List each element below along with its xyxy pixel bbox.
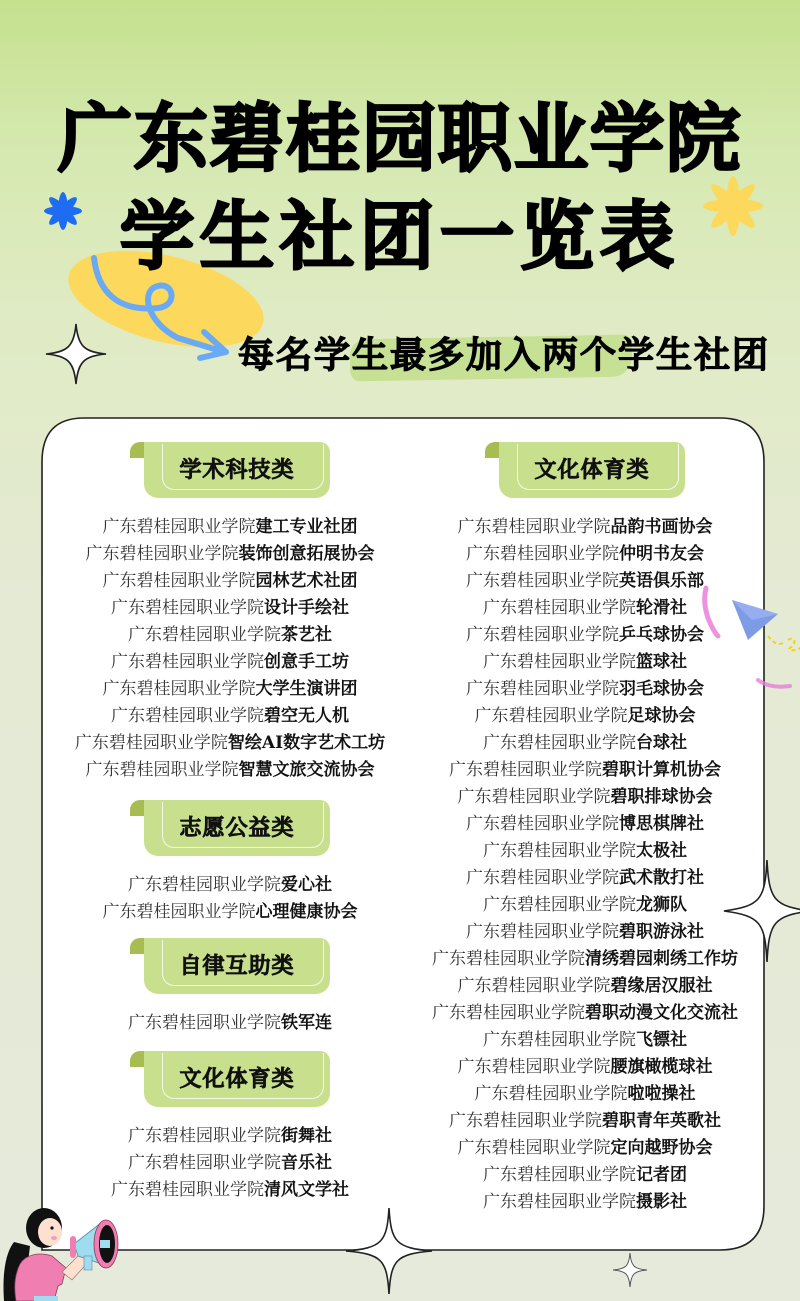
category-ribbon: 学术科技类 [130, 440, 330, 498]
club-name: 英语俱乐部 [619, 571, 704, 591]
club-name: 碧职排球协会 [611, 787, 713, 807]
club-item: 广东碧桂园职业学院智慧文旅交流协会 [42, 757, 418, 784]
club-name: 足球协会 [628, 706, 696, 726]
club-item: 广东碧桂园职业学院茶艺社 [42, 622, 418, 649]
club-item: 广东碧桂园职业学院清风文学社 [42, 1177, 418, 1204]
club-prefix: 广东碧桂园职业学院 [111, 652, 264, 672]
category-ribbon: 文化体育类 [130, 1049, 330, 1107]
club-name: 轮滑社 [636, 598, 687, 618]
sparkle-icon [44, 322, 108, 386]
club-prefix: 广东碧桂园职业学院 [86, 544, 239, 564]
club-name: 音乐社 [281, 1153, 332, 1173]
club-item: 广东碧桂园职业学院记者团 [402, 1162, 768, 1189]
club-name: 装饰创意拓展协会 [239, 544, 375, 564]
category-label: 学术科技类 [144, 453, 330, 484]
club-prefix: 广东碧桂园职业学院 [432, 949, 585, 969]
section-culture-sports-right: 文化体育类 广东碧桂园职业学院品韵书画协会 广东碧桂园职业学院仲明书友会 广东碧… [402, 440, 768, 1216]
club-item: 广东碧桂园职业学院定向越野协会 [402, 1135, 768, 1162]
club-prefix: 广东碧桂园职业学院 [103, 902, 256, 922]
club-name: 清风文学社 [264, 1180, 349, 1200]
category-label: 自律互助类 [144, 949, 330, 980]
club-prefix: 广东碧桂园职业学院 [466, 868, 619, 888]
club-prefix: 广东碧桂园职业学院 [466, 571, 619, 591]
club-item: 广东碧桂园职业学院街舞社 [42, 1123, 418, 1150]
category-ribbon: 志愿公益类 [130, 798, 330, 856]
club-prefix: 广东碧桂园职业学院 [466, 544, 619, 564]
club-item: 广东碧桂园职业学院碧职青年英歌社 [402, 1108, 768, 1135]
club-name: 摄影社 [636, 1192, 687, 1212]
section-culture-sports-left: 文化体育类 广东碧桂园职业学院街舞社 广东碧桂园职业学院音乐社 广东碧桂园职业学… [42, 1049, 418, 1204]
club-name: 台球社 [636, 733, 687, 753]
club-item: 广东碧桂园职业学院碧空无人机 [42, 703, 418, 730]
club-item: 广东碧桂园职业学院碧职计算机协会 [402, 757, 768, 784]
club-name: 碧职计算机协会 [602, 760, 721, 780]
category-label: 志愿公益类 [144, 811, 330, 842]
club-item: 广东碧桂园职业学院碧职排球协会 [402, 784, 768, 811]
club-list: 广东碧桂园职业学院爱心社 广东碧桂园职业学院心理健康协会 [42, 872, 418, 926]
club-item: 广东碧桂园职业学院建工专业社团 [42, 514, 418, 541]
club-name: 碧职青年英歌社 [602, 1111, 721, 1131]
club-name: 仲明书友会 [619, 544, 704, 564]
club-item: 广东碧桂园职业学院园林艺术社团 [42, 568, 418, 595]
megaphone-girl-illustration [0, 1202, 130, 1301]
club-name: 啦啦操社 [628, 1084, 696, 1104]
subtitle-banner: 每名学生最多加入两个学生社团 [238, 327, 798, 381]
section-volunteer: 志愿公益类 广东碧桂园职业学院爱心社 广东碧桂园职业学院心理健康协会 [42, 798, 418, 926]
club-prefix: 广东碧桂园职业学院 [483, 733, 636, 753]
club-prefix: 广东碧桂园职业学院 [475, 1084, 628, 1104]
club-item: 广东碧桂园职业学院铁军连 [42, 1010, 418, 1037]
club-item: 广东碧桂园职业学院碧职动漫文化交流社 [402, 1000, 768, 1027]
club-item: 广东碧桂园职业学院品韵书画协会 [402, 514, 768, 541]
club-name: 智绘AI数字艺术工坊 [228, 733, 385, 753]
club-prefix: 广东碧桂园职业学院 [75, 733, 228, 753]
club-list: 广东碧桂园职业学院建工专业社团 广东碧桂园职业学院装饰创意拓展协会 广东碧桂园职… [42, 514, 418, 784]
club-name: 羽毛球协会 [619, 679, 704, 699]
club-prefix: 广东碧桂园职业学院 [103, 571, 256, 591]
club-prefix: 广东碧桂园职业学院 [483, 598, 636, 618]
club-prefix: 广东碧桂园职业学院 [458, 787, 611, 807]
club-name: 定向越野协会 [611, 1138, 713, 1158]
club-prefix: 广东碧桂园职业学院 [86, 760, 239, 780]
curly-arrow-icon [88, 252, 238, 368]
club-prefix: 广东碧桂园职业学院 [128, 875, 281, 895]
club-name: 街舞社 [281, 1126, 332, 1146]
club-prefix: 广东碧桂园职业学院 [458, 1057, 611, 1077]
club-item: 广东碧桂园职业学院设计手绘社 [42, 595, 418, 622]
pink-streak-icon [700, 584, 722, 640]
club-prefix: 广东碧桂园职业学院 [466, 679, 619, 699]
section-academic-tech: 学术科技类 广东碧桂园职业学院建工专业社团 广东碧桂园职业学院装饰创意拓展协会 … [42, 440, 418, 784]
right-column: 文化体育类 广东碧桂园职业学院品韵书画协会 广东碧桂园职业学院仲明书友会 广东碧… [402, 440, 768, 1226]
club-prefix: 广东碧桂园职业学院 [103, 679, 256, 699]
club-prefix: 广东碧桂园职业学院 [449, 760, 602, 780]
category-label: 文化体育类 [144, 1062, 330, 1093]
club-item: 广东碧桂园职业学院腰旗橄榄球社 [402, 1054, 768, 1081]
club-prefix: 广东碧桂园职业学院 [111, 1180, 264, 1200]
club-item: 广东碧桂园职业学院碧缘居汉服社 [402, 973, 768, 1000]
club-name: 飞镖社 [636, 1030, 687, 1050]
club-item: 广东碧桂园职业学院足球协会 [402, 703, 768, 730]
club-prefix: 广东碧桂园职业学院 [483, 1192, 636, 1212]
club-prefix: 广东碧桂园职业学院 [432, 1003, 585, 1023]
club-prefix: 广东碧桂园职业学院 [483, 652, 636, 672]
club-list: 广东碧桂园职业学院铁军连 [42, 1010, 418, 1037]
club-prefix: 广东碧桂园职业学院 [483, 1165, 636, 1185]
club-prefix: 广东碧桂园职业学院 [111, 706, 264, 726]
category-ribbon: 自律互助类 [130, 936, 330, 994]
club-name: 篮球社 [636, 652, 687, 672]
club-name: 太极社 [636, 841, 687, 861]
club-item: 广东碧桂园职业学院仲明书友会 [402, 541, 768, 568]
club-name: 碧空无人机 [264, 706, 349, 726]
club-prefix: 广东碧桂园职业学院 [458, 1138, 611, 1158]
left-column: 学术科技类 广东碧桂园职业学院建工专业社团 广东碧桂园职业学院装饰创意拓展协会 … [42, 440, 418, 1214]
page-title-line1: 广东碧桂园职业学院 [0, 80, 800, 186]
club-prefix: 广东碧桂园职业学院 [483, 841, 636, 861]
club-name: 智慧文旅交流协会 [239, 760, 375, 780]
club-item: 广东碧桂园职业学院飞镖社 [402, 1027, 768, 1054]
club-name: 武术散打社 [619, 868, 704, 888]
sparkle-icon [612, 1252, 648, 1288]
section-self-discipline: 自律互助类 广东碧桂园职业学院铁军连 [42, 936, 418, 1037]
club-prefix: 广东碧桂园职业学院 [103, 517, 256, 537]
club-name: 乒乓球协会 [619, 625, 704, 645]
club-name: 博思棋牌社 [619, 814, 704, 834]
club-item: 广东碧桂园职业学院博思棋牌社 [402, 811, 768, 838]
club-name: 建工专业社团 [256, 517, 358, 537]
club-item: 广东碧桂园职业学院智绘AI数字艺术工坊 [42, 730, 418, 757]
club-item: 广东碧桂园职业学院创意手工坊 [42, 649, 418, 676]
club-prefix: 广东碧桂园职业学院 [466, 922, 619, 942]
club-name: 园林艺术社团 [256, 571, 358, 591]
club-item: 广东碧桂园职业学院摄影社 [402, 1189, 768, 1216]
club-item: 广东碧桂园职业学院啦啦操社 [402, 1081, 768, 1108]
club-name: 碧缘居汉服社 [611, 976, 713, 996]
club-item: 广东碧桂园职业学院台球社 [402, 730, 768, 757]
club-prefix: 广东碧桂园职业学院 [466, 625, 619, 645]
club-prefix: 广东碧桂园职业学院 [458, 976, 611, 996]
club-item: 广东碧桂园职业学院心理健康协会 [42, 899, 418, 926]
club-prefix: 广东碧桂园职业学院 [111, 598, 264, 618]
club-prefix: 广东碧桂园职业学院 [483, 895, 636, 915]
sparkle-icon [344, 1206, 434, 1296]
subtitle-text: 每名学生最多加入两个学生社团 [238, 327, 798, 378]
club-item: 广东碧桂园职业学院羽毛球协会 [402, 676, 768, 703]
club-prefix: 广东碧桂园职业学院 [475, 706, 628, 726]
club-prefix: 广东碧桂园职业学院 [483, 1030, 636, 1050]
club-name: 爱心社 [281, 875, 332, 895]
club-item: 广东碧桂园职业学院音乐社 [42, 1150, 418, 1177]
club-prefix: 广东碧桂园职业学院 [128, 625, 281, 645]
club-name: 创意手工坊 [264, 652, 349, 672]
club-name: 品韵书画协会 [611, 517, 713, 537]
sparkle-icon [712, 856, 800, 966]
club-item: 广东碧桂园职业学院篮球社 [402, 649, 768, 676]
club-item: 广东碧桂园职业学院大学生演讲团 [42, 676, 418, 703]
category-ribbon: 文化体育类 [485, 440, 685, 498]
club-name: 茶艺社 [281, 625, 332, 645]
club-list: 广东碧桂园职业学院街舞社 广东碧桂园职业学院音乐社 广东碧桂园职业学院清风文学社 [42, 1123, 418, 1204]
club-prefix: 广东碧桂园职业学院 [128, 1013, 281, 1033]
club-prefix: 广东碧桂园职业学院 [128, 1153, 281, 1173]
yellow-dash-trail-icon [766, 630, 800, 656]
club-prefix: 广东碧桂园职业学院 [466, 814, 619, 834]
club-name: 记者团 [636, 1165, 687, 1185]
club-prefix: 广东碧桂园职业学院 [128, 1126, 281, 1146]
club-name: 大学生演讲团 [256, 679, 358, 699]
category-label: 文化体育类 [499, 453, 685, 484]
club-prefix: 广东碧桂园职业学院 [449, 1111, 602, 1131]
pink-streak-icon [756, 676, 794, 692]
club-name: 碧职游泳社 [619, 922, 704, 942]
club-name: 心理健康协会 [256, 902, 358, 922]
club-name: 铁军连 [281, 1013, 332, 1033]
club-item: 广东碧桂园职业学院装饰创意拓展协会 [42, 541, 418, 568]
club-name: 设计手绘社 [264, 598, 349, 618]
club-name: 碧职动漫文化交流社 [585, 1003, 738, 1023]
club-name: 腰旗橄榄球社 [611, 1057, 713, 1077]
club-item: 广东碧桂园职业学院爱心社 [42, 872, 418, 899]
club-prefix: 广东碧桂园职业学院 [458, 517, 611, 537]
club-name: 龙狮队 [636, 895, 687, 915]
